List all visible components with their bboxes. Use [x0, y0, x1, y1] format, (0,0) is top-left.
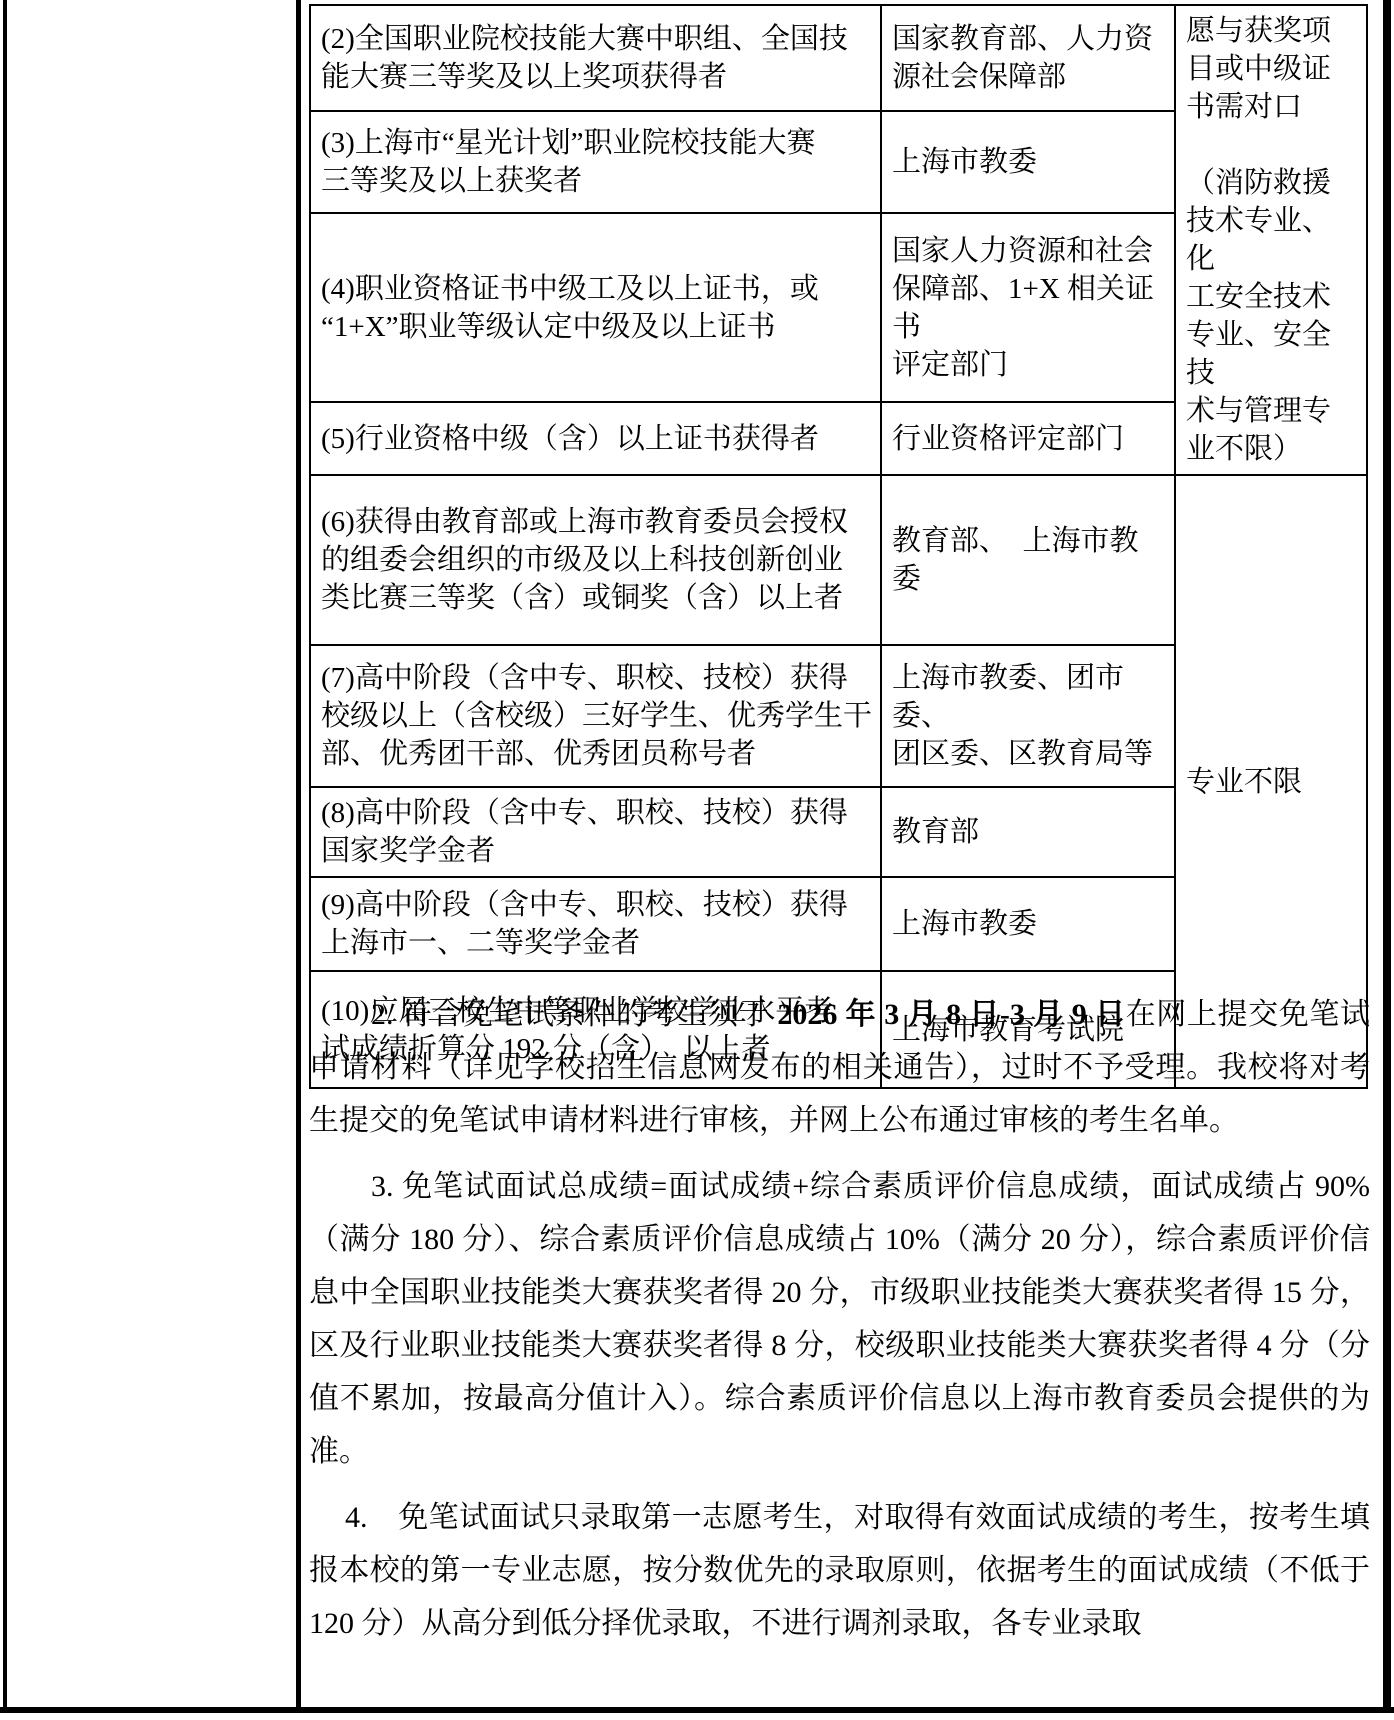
authority-cell: 国家人力资源和社会 保障部、1+X 相关证书 评定部门 [881, 213, 1175, 402]
outer-border-right [1383, 0, 1391, 1713]
exemption-qualification-table: (2)全国职业院校技能大赛中职组、全国技 能大赛三等奖及以上奖项获得者 国家教育… [309, 4, 1368, 1089]
outer-border-left [3, 0, 7, 1713]
authority-cell: 教育部、 上海市教委 [881, 475, 1175, 645]
exam-date-range: 2026 年 3 月 8 日-3 月 9 日 [777, 998, 1125, 1031]
criteria-cell: (5)行业资格中级（含）以上证书获得者 [310, 402, 881, 475]
paragraph-score-composition: 3. 免笔试面试总成绩=面试成绩+综合素质评价信息成绩，面试成绩占 90%（满分… [309, 1160, 1370, 1478]
criteria-cell: (6)获得由教育部或上海市教育委员会授权 的组委会组织的市级及以上科技创新创业 … [310, 475, 881, 645]
authority-cell: 教育部 [881, 787, 1175, 877]
criteria-cell: (8)高中阶段（含中专、职校、技校）获得 国家奖学金者 [310, 787, 881, 877]
authority-cell: 上海市教委 [881, 111, 1175, 213]
outer-border-bottom [0, 1707, 1394, 1713]
major-note-cell-top: 愿与获奖项 目或中级证 书需对口 （消防救援 技术专业、化 工安全技术 专业、安… [1175, 5, 1367, 475]
document-page: (2)全国职业院校技能大赛中职组、全国技 能大赛三等奖及以上奖项获得者 国家教育… [0, 0, 1394, 1720]
paragraph-2-prefix: 2. 符合免笔试条件的考生须于 [371, 998, 777, 1031]
criteria-cell: (3)上海市“星光计划”职业院校技能大赛 三等奖及以上获奖者 [310, 111, 881, 213]
table-row: (2)全国职业院校技能大赛中职组、全国技 能大赛三等奖及以上奖项获得者 国家教育… [310, 5, 1367, 111]
body-text: 2. 符合免笔试条件的考生须于 2026 年 3 月 8 日-3 月 9 日在网… [309, 988, 1370, 1663]
authority-cell: 行业资格评定部门 [881, 402, 1175, 475]
paragraph-application-deadline: 2. 符合免笔试条件的考生须于 2026 年 3 月 8 日-3 月 9 日在网… [309, 988, 1370, 1147]
criteria-cell: (2)全国职业院校技能大赛中职组、全国技 能大赛三等奖及以上奖项获得者 [310, 5, 881, 111]
criteria-cell: (9)高中阶段（含中专、职校、技校）获得 上海市一、二等奖学金者 [310, 877, 881, 971]
outer-column-divider [296, 0, 301, 1713]
authority-cell: 上海市教委 [881, 877, 1175, 971]
authority-cell: 上海市教委、团市委、 团区委、区教育局等 [881, 645, 1175, 787]
criteria-cell: (7)高中阶段（含中专、职校、技校）获得 校级以上（含校级）三好学生、优秀学生干… [310, 645, 881, 787]
paragraph-admission-rule: 4. 免笔试面试只录取第一志愿考生，对取得有效面试成绩的考生，按考生填报本校的第… [309, 1491, 1370, 1650]
table-row: (6)获得由教育部或上海市教育委员会授权 的组委会组织的市级及以上科技创新创业 … [310, 475, 1367, 645]
authority-cell: 国家教育部、人力资 源社会保障部 [881, 5, 1175, 111]
criteria-cell: (4)职业资格证书中级工及以上证书，或 “1+X”职业等级认定中级及以上证书 [310, 213, 881, 402]
